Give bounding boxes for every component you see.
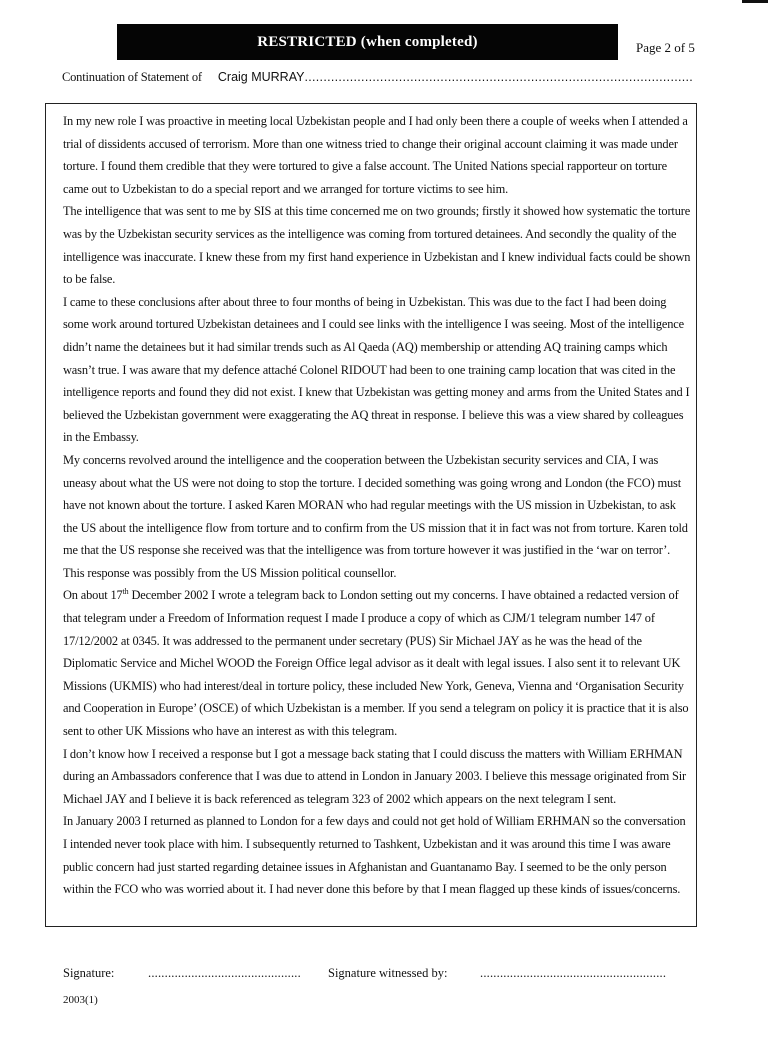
form-code: 2003(1) — [63, 994, 98, 1006]
signature-row: Signature: .............................… — [63, 966, 666, 981]
statement-body: In my new role I was proactive in meetin… — [63, 110, 691, 901]
restricted-banner: RESTRICTED (when completed) — [117, 24, 618, 60]
continuation-label: Continuation of Statement of — [62, 70, 202, 85]
paragraph-5: On about 17th December 2002 I wrote a te… — [63, 584, 691, 742]
paragraph-5-rest: December 2002 I wrote a telegram back to… — [63, 588, 688, 738]
statement-name: Craig MURRAY — [218, 70, 305, 84]
signature-label: Signature: — [63, 966, 148, 981]
paragraph-5-start: On about 17 — [63, 588, 123, 602]
paragraph-4: My concerns revolved around the intellig… — [63, 449, 691, 585]
paragraph-2: The intelligence that was sent to me by … — [63, 200, 691, 290]
signature-field[interactable]: ........................................… — [148, 966, 328, 981]
paragraph-3: I came to these conclusions after about … — [63, 291, 691, 449]
paragraph-6: I don’t know how I received a response b… — [63, 743, 691, 811]
paragraph-1: In my new role I was proactive in meetin… — [63, 110, 691, 200]
continuation-line: Continuation of Statement of Craig MURRA… — [62, 70, 693, 85]
witness-signature-field[interactable]: ........................................… — [480, 966, 666, 981]
name-dotted-line: ........................................… — [304, 70, 693, 84]
scan-corner-mark — [742, 0, 768, 3]
page-number: Page 2 of 5 — [636, 40, 695, 56]
banner-text: RESTRICTED (when completed) — [257, 34, 477, 51]
witness-label: Signature witnessed by: — [328, 966, 480, 981]
paragraph-7: In January 2003 I returned as planned to… — [63, 810, 691, 900]
